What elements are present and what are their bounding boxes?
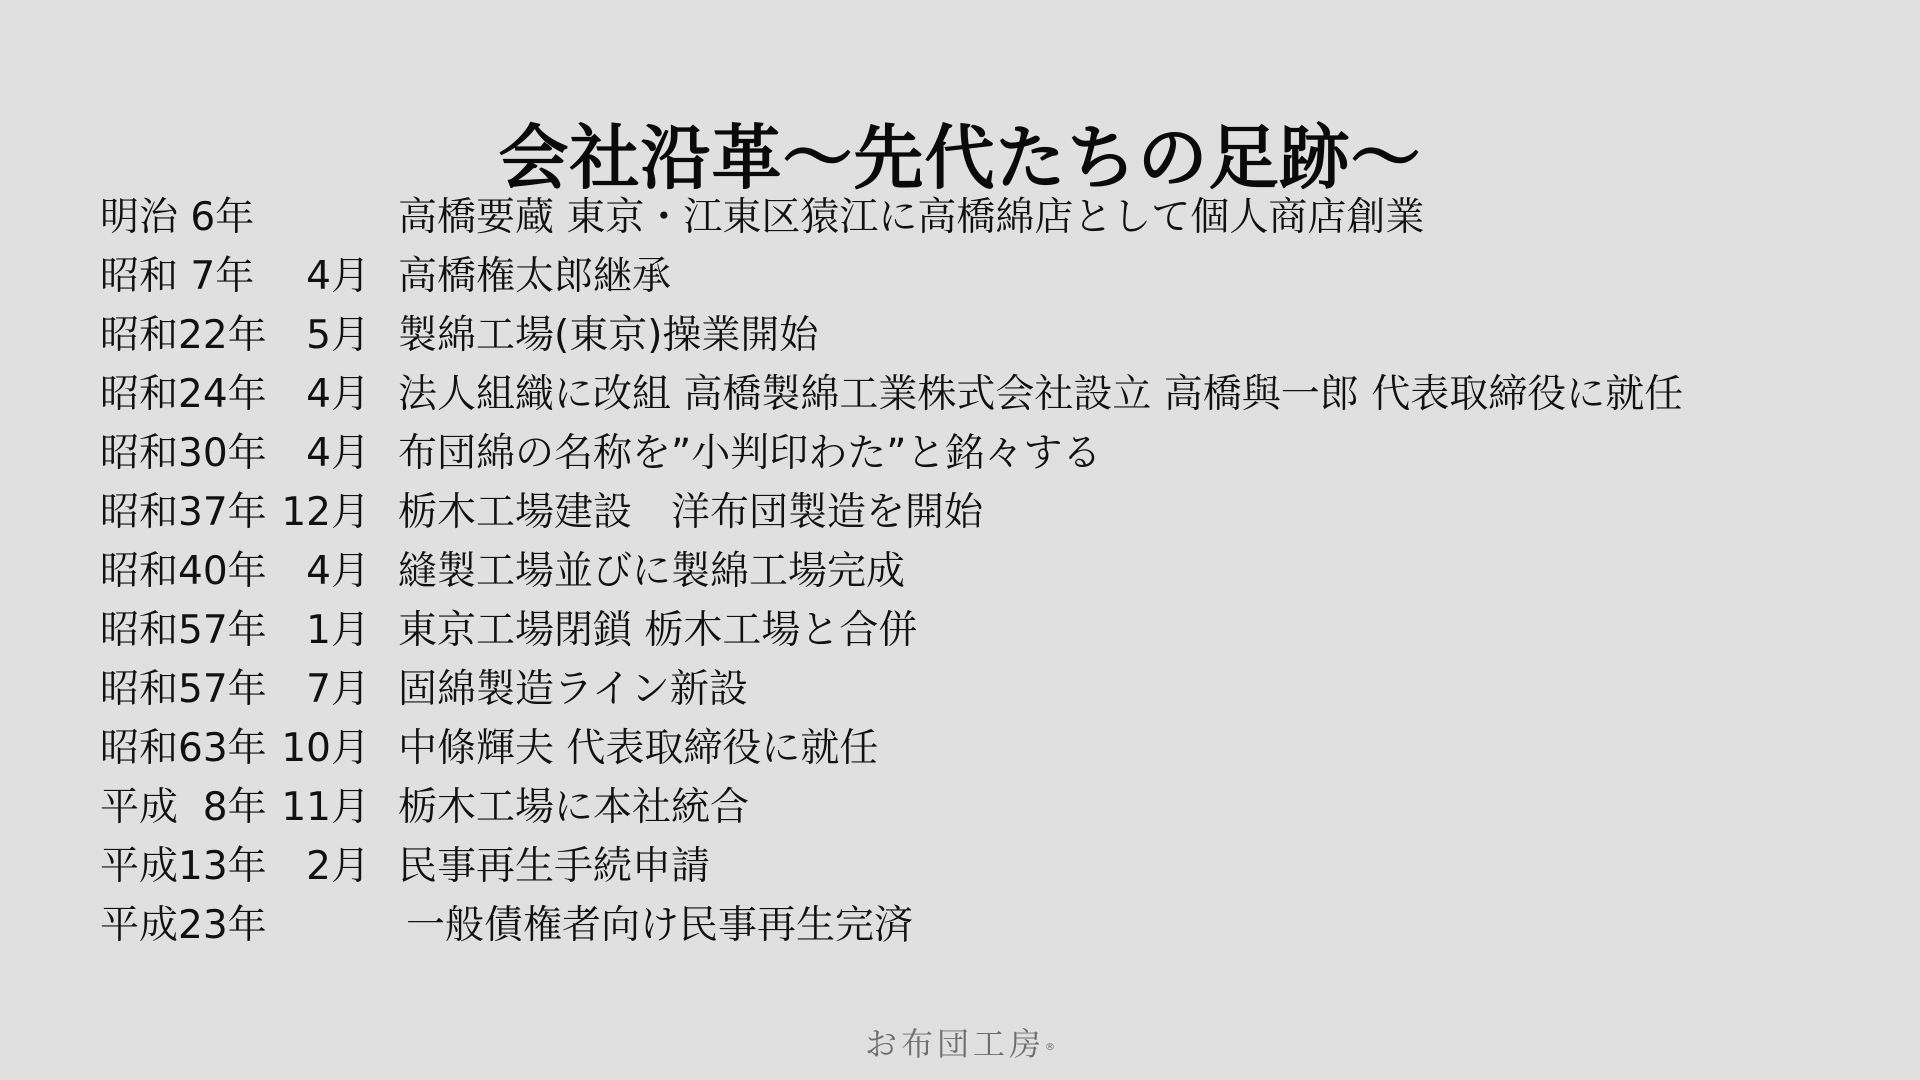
- timeline-month: 1月: [306, 601, 370, 660]
- timeline-event: 民事再生手続申請: [398, 837, 710, 896]
- timeline-row: 昭和57年 1月 東京工場閉鎖 栃木工場と合併: [100, 601, 1880, 660]
- timeline-row: 昭和30年 4月 布団綿の名称を”小判印わた”と銘々する: [100, 424, 1880, 483]
- timeline-year: 平成23年: [100, 896, 267, 955]
- timeline-event: 布団綿の名称を”小判印わた”と銘々する: [398, 424, 1101, 483]
- timeline-event: 固綿製造ライン新設: [398, 660, 748, 719]
- timeline-row: 明治 6年 高橋要蔵 東京・江東区猿江に高橋綿店として個人商店創業: [100, 188, 1880, 247]
- company-logo: お布団工房®: [0, 1022, 1920, 1066]
- timeline-row: 昭和57年 7月 固綿製造ライン新設: [100, 660, 1880, 719]
- timeline-event: 高橋権太郎継承: [398, 247, 671, 306]
- timeline-month: 4月: [306, 542, 370, 601]
- timeline-row: 昭和37年 12月 栃木工場建設 洋布団製造を開始: [100, 483, 1880, 542]
- timeline-year: 平成 8年: [100, 778, 267, 837]
- logo-text: お布団工房: [865, 1025, 1045, 1063]
- registered-trademark-icon: ®: [1045, 1042, 1055, 1053]
- timeline-row: 昭和63年 10月 中條輝夫 代表取締役に就任: [100, 719, 1880, 778]
- timeline-year: 昭和37年: [100, 483, 267, 542]
- timeline-year: 昭和24年: [100, 365, 267, 424]
- timeline-year: 昭和30年: [100, 424, 267, 483]
- timeline-event: 栃木工場建設 洋布団製造を開始: [398, 483, 983, 542]
- timeline-year: 昭和40年: [100, 542, 267, 601]
- timeline-row: 昭和40年 4月 縫製工場並びに製綿工場完成: [100, 542, 1880, 601]
- timeline-year: 昭和57年: [100, 660, 267, 719]
- timeline-year: 昭和 7年: [100, 247, 254, 306]
- timeline-month: 11月: [281, 778, 370, 837]
- timeline-event: 栃木工場に本社統合: [398, 778, 749, 837]
- timeline-year: 昭和22年: [100, 306, 267, 365]
- timeline-row: 平成13年 2月 民事再生手続申請: [100, 837, 1880, 896]
- timeline-event: 縫製工場並びに製綿工場完成: [398, 542, 905, 601]
- timeline-row: 昭和22年 5月 製綿工場(東京)操業開始: [100, 306, 1880, 365]
- timeline-year: 平成13年: [100, 837, 267, 896]
- timeline-year: 明治 6年: [100, 188, 254, 247]
- timeline-row: 昭和24年 4月 法人組織に改組 高橋製綿工業株式会社設立 高橋與一郎 代表取締…: [100, 365, 1880, 424]
- timeline-year: 昭和63年: [100, 719, 267, 778]
- timeline-month: 10月: [281, 719, 370, 778]
- timeline-year: 昭和57年: [100, 601, 267, 660]
- timeline-month: 5月: [306, 306, 370, 365]
- timeline-month: 4月: [306, 424, 370, 483]
- company-history-timeline: 明治 6年 高橋要蔵 東京・江東区猿江に高橋綿店として個人商店創業 昭和 7年 …: [100, 188, 1880, 955]
- timeline-month: 7月: [306, 660, 370, 719]
- timeline-row: 平成23年 一般債権者向け民事再生完済: [100, 896, 1880, 955]
- timeline-event: 一般債権者向け民事再生完済: [406, 896, 913, 955]
- timeline-row: 昭和 7年 4月 高橋権太郎継承: [100, 247, 1880, 306]
- timeline-event: 東京工場閉鎖 栃木工場と合併: [398, 601, 917, 660]
- timeline-event: 製綿工場(東京)操業開始: [398, 306, 818, 365]
- timeline-event: 高橋要蔵 東京・江東区猿江に高橋綿店として個人商店創業: [398, 188, 1424, 247]
- timeline-event: 法人組織に改組 高橋製綿工業株式会社設立 高橋與一郎 代表取締役に就任: [398, 365, 1683, 424]
- timeline-row: 平成 8年 11月 栃木工場に本社統合: [100, 778, 1880, 837]
- timeline-month: 4月: [306, 365, 370, 424]
- timeline-event: 中條輝夫 代表取締役に就任: [398, 719, 878, 778]
- timeline-month: 4月: [306, 247, 370, 306]
- timeline-month: 12月: [281, 483, 370, 542]
- timeline-month: 2月: [306, 837, 370, 896]
